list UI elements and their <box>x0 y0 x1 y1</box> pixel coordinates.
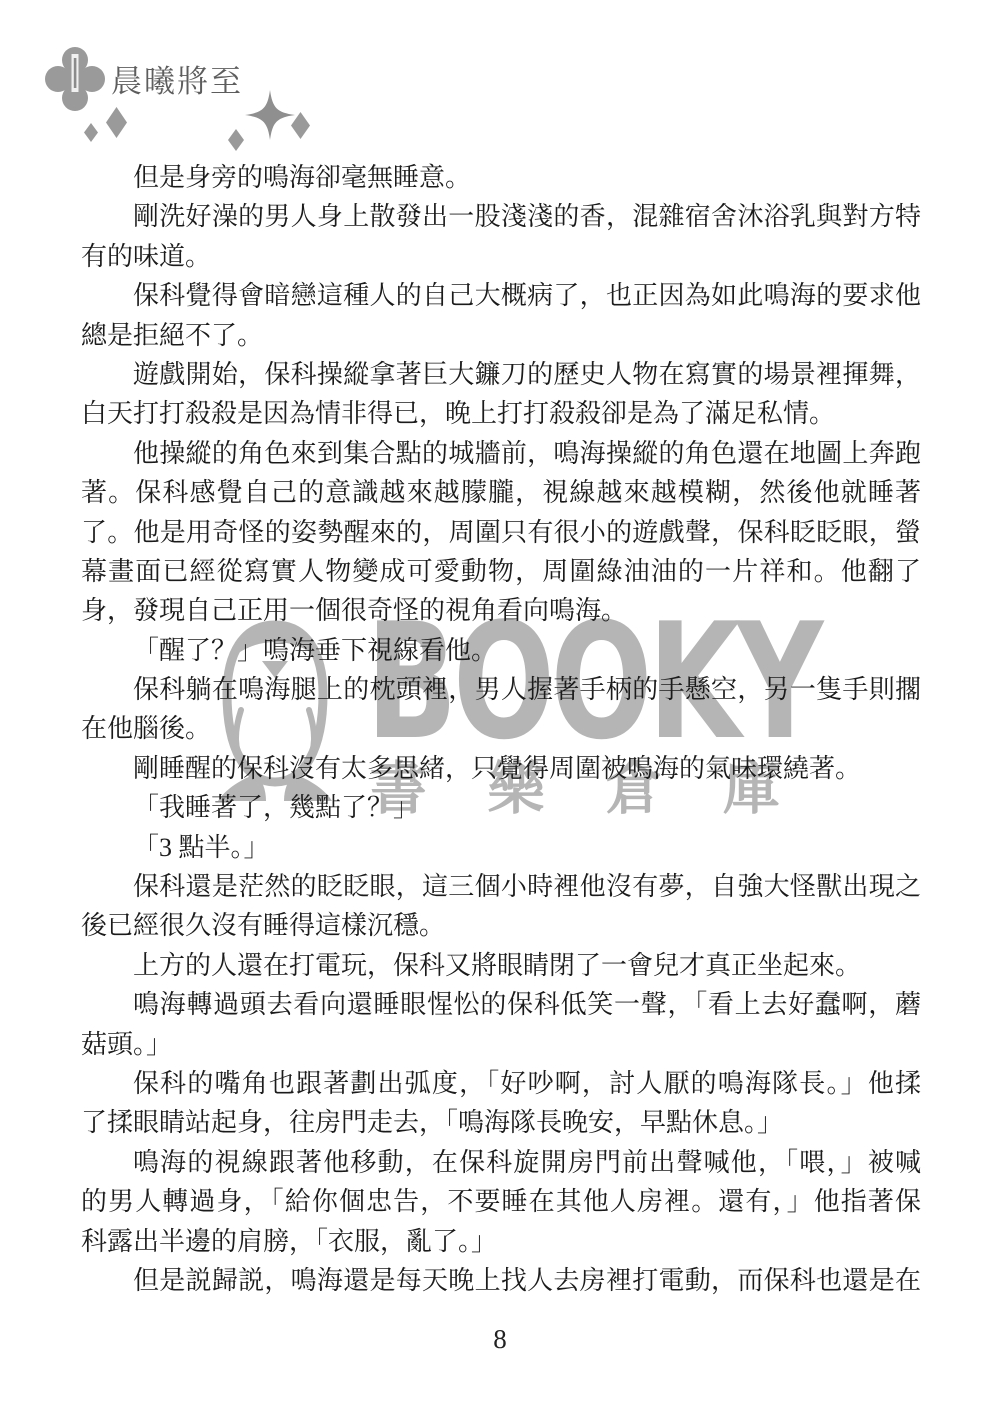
text-line: 科露出半邊的肩膀，「衣服，亂了。」 <box>81 1222 921 1261</box>
text-line: 身，發現自己正用一個很奇怪的視角看向鳴海。 <box>81 591 921 630</box>
text-line: 保科覺得會暗戀這種人的自己大概病了，也正因為如此鳴海的要求他 <box>81 276 921 315</box>
page-number: 8 <box>0 1324 1000 1355</box>
text-line: 了。他是用奇怪的姿勢醒來的，周圍只有很小的遊戲聲，保科眨眨眼，螢 <box>81 513 921 552</box>
body-text: 但是身旁的鳴海卻毫無睡意。剛洗好澡的男人身上散發出一股淺淺的香，混雜宿舍沐浴乳與… <box>81 158 921 1300</box>
text-line: 保科躺在鳴海腿上的枕頭裡，男人握著手柄的手懸空，另一隻手則擱 <box>81 670 921 709</box>
text-line: 但是身旁的鳴海卻毫無睡意。 <box>81 158 921 197</box>
text-line: 「我睡著了，幾點了？」 <box>81 788 921 827</box>
text-line: 剛洗好澡的男人身上散發出一股淺淺的香，混雜宿舍沐浴乳與對方特 <box>81 197 921 236</box>
sparkle-ornament-icon <box>245 90 295 140</box>
text-line: 保科的嘴角也跟著劃出弧度，「好吵啊，討人厭的鳴海隊長。」他揉 <box>81 1064 921 1103</box>
text-line: 有的味道。 <box>81 237 921 276</box>
clover-ornament-icon <box>44 46 106 112</box>
text-line: 後已經很久沒有睡得這樣沉穩。 <box>81 906 921 945</box>
document-page: 晨曦將至 BOOKY 書樂倉庫 但是身旁的鳴海卻毫無睡意。剛洗好澡的男人身上散發… <box>0 0 1000 1403</box>
text-line: 保科還是茫然的眨眨眼，這三個小時裡他沒有夢，自強大怪獸出現之 <box>81 867 921 906</box>
diamond-ornament-icon <box>106 107 127 138</box>
text-line: 遊戲開始，保科操縱拿著巨大鐮刀的歷史人物在寫實的場景裡揮舞， <box>81 355 921 394</box>
text-line: 上方的人還在打電玩，保科又將眼睛閉了一會兒才真正坐起來。 <box>81 946 921 985</box>
text-line: 的男人轉過身，「給你個忠告，不要睡在其他人房裡。還有，」他指著保 <box>81 1182 921 1221</box>
text-line: 在他腦後。 <box>81 709 921 748</box>
text-line: 剛睡醒的保科沒有太多思緒，只覺得周圍被鳴海的氣味環繞著。 <box>81 749 921 788</box>
text-line: 白天打打殺殺是因為情非得已，晚上打打殺殺卻是為了滿足私情。 <box>81 394 921 433</box>
text-line: 幕畫面已經從寫實人物變成可愛動物，周圍綠油油的一片祥和。他翻了 <box>81 552 921 591</box>
page-header: 晨曦將至 <box>0 0 1000 160</box>
text-line: 了揉眼睛站起身，往房門走去，「鳴海隊長晚安，早點休息。」 <box>81 1103 921 1142</box>
diamond-ornament-icon <box>228 129 244 151</box>
text-line: 鳴海轉過頭去看向還睡眼惺忪的保科低笑一聲，「看上去好蠢啊，蘑 <box>81 985 921 1024</box>
diamond-ornament-icon <box>84 123 98 142</box>
text-line: 著。保科感覺自己的意識越來越朦朧，視線越來越模糊，然後他就睡著 <box>81 473 921 512</box>
text-line: 鳴海的視線跟著他移動，在保科旋開房門前出聲喊他，「喂，」被喊 <box>81 1143 921 1182</box>
page-title: 晨曦將至 <box>111 56 243 101</box>
text-line: 「醒了？」鳴海垂下視線看他。 <box>81 631 921 670</box>
text-line: 總是拒絕不了。 <box>81 316 921 355</box>
text-line: 但是説歸説，鳴海還是每天晚上找人去房裡打電動，而保科也還是在 <box>81 1261 921 1300</box>
text-line: 「3 點半。」 <box>81 828 921 867</box>
text-line: 菇頭。」 <box>81 1025 921 1064</box>
text-line: 他操縱的角色來到集合點的城牆前，鳴海操縱的角色還在地圖上奔跑 <box>81 434 921 473</box>
